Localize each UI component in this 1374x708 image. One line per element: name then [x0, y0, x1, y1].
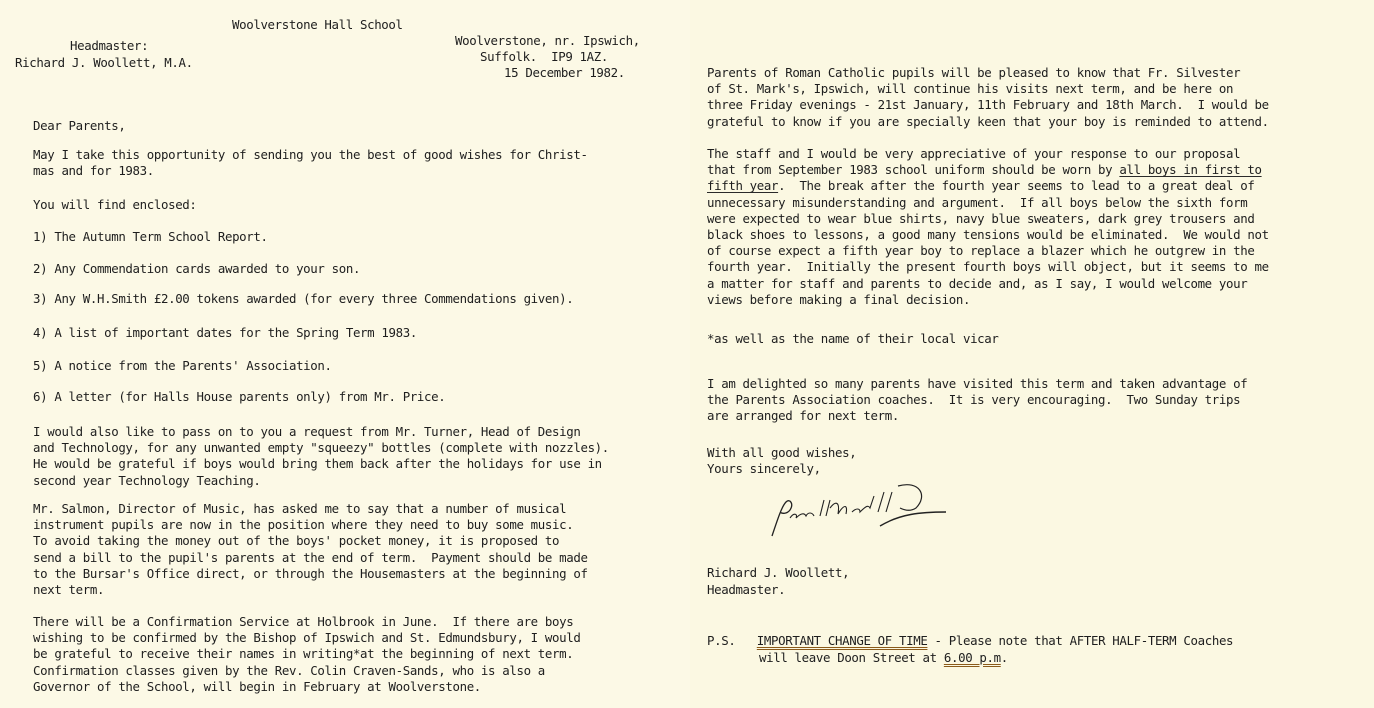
enclosed-item: 6) A letter (for Halls House parents onl… — [33, 389, 445, 405]
signer-title: Headmaster. — [707, 582, 785, 598]
salutation: Dear Parents, — [33, 118, 125, 134]
address-line-1: Woolverstone, nr. Ipswich, — [455, 33, 640, 49]
enclosed-intro: You will find enclosed: — [33, 197, 197, 213]
uniform-line-1: The staff and I would be very appreciati… — [707, 146, 1240, 161]
signature-image — [760, 478, 960, 548]
coaches-paragraph: I am delighted so many parents have visi… — [707, 376, 1247, 425]
uniform-rest: unnecessary misunderstanding and argumen… — [707, 195, 1269, 307]
ps-time: 6.00 p.m — [944, 650, 1001, 665]
signer-name: Richard J. Woollett, — [707, 565, 849, 581]
catholic-paragraph: Parents of Roman Catholic pupils will be… — [707, 65, 1269, 130]
enclosed-item: 1) The Autumn Term School Report. — [33, 229, 268, 245]
closing: With all good wishes, Yours sincerely, — [707, 445, 856, 477]
school-name: Woolverstone Hall School — [232, 17, 403, 33]
enclosed-item: 5) A notice from the Parents' Associatio… — [33, 358, 332, 374]
uniform-paragraph: The staff and I would be very appreciati… — [707, 146, 1269, 308]
postscript-line-2: will leave Doon Street at 6.00 p.m. — [759, 650, 1008, 666]
headmaster-label: Headmaster: — [70, 38, 148, 54]
enclosed-item: 2) Any Commendation cards awarded to you… — [33, 261, 360, 277]
letter-date: 15 December 1982. — [504, 65, 625, 81]
turner-paragraph: I would also like to pass on to you a re… — [33, 424, 609, 489]
confirmation-paragraph: There will be a Confirmation Service at … — [33, 614, 580, 695]
address-line-2: Suffolk. IP9 1AZ. — [480, 49, 608, 65]
footnote: *as well as the name of their local vica… — [707, 331, 999, 347]
letter-page-1: Woolverstone Hall School Headmaster: Ric… — [0, 0, 690, 708]
enclosed-item: 4) A list of important dates for the Spr… — [33, 325, 417, 341]
ps-heading: IMPORTANT CHANGE OF TIME — [757, 633, 928, 648]
uniform-emphasis: all boys in first to — [1119, 162, 1261, 177]
uniform-emphasis-cont: fifth year — [707, 178, 778, 193]
letter-page-2: Parents of Roman Catholic pupils will be… — [690, 0, 1374, 708]
enclosed-item: 3) Any W.H.Smith £2.00 tokens awarded (f… — [33, 291, 573, 307]
postscript: P.S. IMPORTANT CHANGE OF TIME - Please n… — [707, 633, 1233, 649]
ps-label: P.S. — [707, 633, 735, 648]
headmaster-name: Richard J. Woollett, M.A. — [15, 55, 193, 71]
salmon-paragraph: Mr. Salmon, Director of Music, has asked… — [33, 501, 588, 598]
greeting-paragraph: May I take this opportunity of sending y… — [33, 147, 588, 179]
